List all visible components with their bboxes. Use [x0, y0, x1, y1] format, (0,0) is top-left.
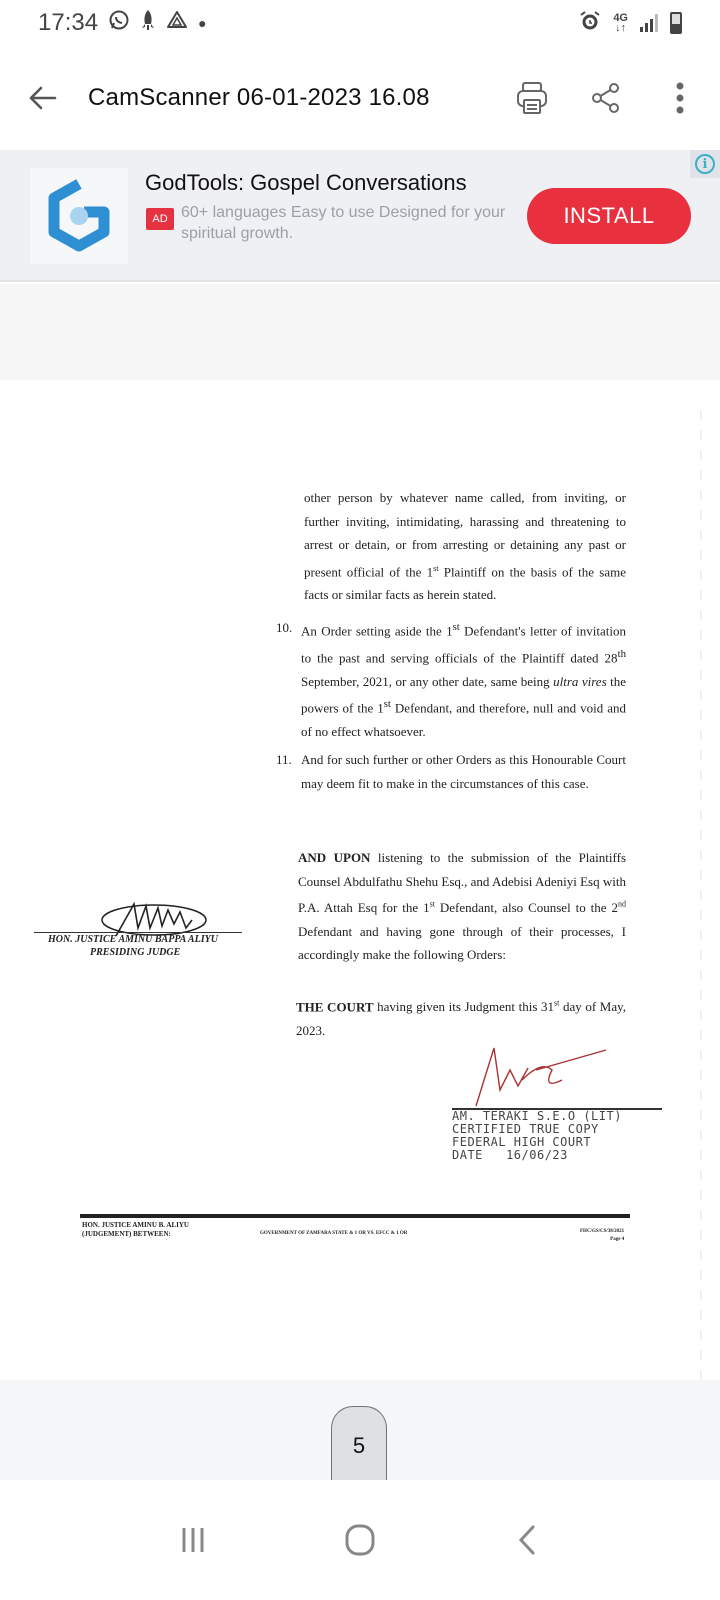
arrow-left-icon	[27, 85, 57, 111]
ad-banner[interactable]: GodTools: Gospel Conversations AD 60+ la…	[0, 150, 720, 282]
item-number: 10.	[276, 616, 292, 640]
print-button[interactable]	[512, 78, 552, 118]
and-upon-text: listening to the submission of the Plain…	[298, 850, 626, 962]
install-button[interactable]: INSTALL	[527, 188, 691, 244]
footer-page-number: Page 4	[580, 1236, 624, 1244]
item-text: An Order setting aside the 1st Defendant…	[301, 616, 626, 743]
system-nav-bar	[0, 1480, 720, 1600]
footer-case-title: GOVERNMENT OF ZAMFARA STATE & 1 OR VS. E…	[260, 1231, 407, 1236]
alarm-icon	[579, 10, 601, 37]
document-title: CamScanner 06-01-2023 16.08	[88, 84, 430, 112]
the-court-paragraph: THE COURT having given its Judgment this…	[296, 992, 626, 1042]
godtools-logo-icon	[46, 178, 112, 254]
judge-role: PRESIDING JUDGE	[90, 947, 180, 958]
ad-info-button[interactable]: i	[690, 150, 720, 178]
the-court-lead: THE COURT	[296, 999, 374, 1014]
stamp-line-3: FEDERAL HIGH COURT	[452, 1135, 591, 1149]
status-time: 17:34	[38, 9, 98, 37]
recent-apps-icon	[179, 1525, 207, 1555]
ad-app-logo[interactable]	[30, 168, 128, 264]
stamp-line-1: AM. TERAKI S.E.O (LIT)	[452, 1109, 622, 1123]
page-indicator[interactable]: 5	[331, 1406, 387, 1480]
rocket-icon	[140, 9, 156, 37]
viewer-background	[0, 284, 720, 380]
signal-icon	[640, 14, 658, 32]
registrar-signature-icon	[466, 1040, 626, 1110]
document-page[interactable]: other person by whatever name called, fr…	[0, 380, 720, 1380]
nav-back-button[interactable]	[497, 1510, 557, 1570]
recent-apps-button[interactable]	[163, 1510, 223, 1570]
footer-right: FHC/GS/CS/38/2021 Page 4	[580, 1228, 624, 1244]
share-button[interactable]	[586, 78, 626, 118]
battery-icon	[670, 12, 682, 34]
footer-left: HON. JUSTICE AMINU B. ALIYU (JUDGEMENT) …	[82, 1221, 189, 1239]
status-bar: 17:34 ● 4G↓↑	[0, 0, 720, 46]
footer-judgement-between: (JUDGEMENT) BETWEEN:	[82, 1230, 189, 1239]
certified-true-copy-stamp: AM. TERAKI S.E.O (LIT) CERTIFIED TRUE CO…	[446, 1040, 716, 1190]
stamp-line-4: DATE 16/06/23	[452, 1148, 568, 1162]
more-options-button[interactable]	[660, 78, 700, 118]
paragraph-continued: other person by whatever name called, fr…	[304, 486, 626, 607]
footer-rule	[80, 1214, 630, 1218]
home-icon	[344, 1523, 376, 1557]
stamp-line-2: CERTIFIED TRUE COPY	[452, 1122, 599, 1136]
back-button[interactable]	[20, 76, 64, 120]
footer-suit-number: FHC/GS/CS/38/2021	[580, 1228, 624, 1236]
signature-line	[34, 932, 242, 933]
info-icon: i	[695, 154, 715, 174]
stamp-text: AM. TERAKI S.E.O (LIT) CERTIFIED TRUE CO…	[452, 1110, 622, 1162]
print-icon	[514, 80, 550, 116]
and-upon-paragraph: AND UPON listening to the submission of …	[298, 846, 626, 967]
more-vert-icon	[674, 80, 686, 116]
footer-judge: HON. JUSTICE AMINU B. ALIYU	[82, 1221, 189, 1230]
ad-title[interactable]: GodTools: Gospel Conversations	[145, 170, 467, 196]
notification-dot-icon: ●	[198, 15, 206, 31]
drive-icon	[166, 10, 188, 36]
item-number: 11.	[276, 748, 292, 772]
back-icon	[516, 1524, 538, 1556]
ad-description: 60+ languages Easy to use Designed for y…	[181, 202, 511, 244]
item-text: And for such further or other Orders as …	[301, 748, 626, 795]
ad-badge: AD	[146, 208, 174, 230]
order-item-11: 11. And for such further or other Orders…	[276, 748, 626, 795]
network-type: 4G	[613, 12, 628, 24]
judge-signature-block: HON. JUSTICE AMINU BAPPA ALIYU PRESIDING…	[34, 890, 270, 970]
home-button[interactable]	[330, 1510, 390, 1570]
app-bar: CamScanner 06-01-2023 16.08	[0, 60, 720, 136]
scan-edge	[700, 410, 702, 1390]
share-icon	[590, 82, 622, 114]
network-4g-icon: 4G↓↑	[613, 13, 628, 33]
judge-name: HON. JUSTICE AMINU BAPPA ALIYU	[48, 934, 218, 945]
order-item-10: 10. An Order setting aside the 1st Defen…	[276, 616, 626, 743]
whatsapp-icon	[108, 9, 130, 37]
and-upon-lead: AND UPON	[298, 850, 370, 865]
